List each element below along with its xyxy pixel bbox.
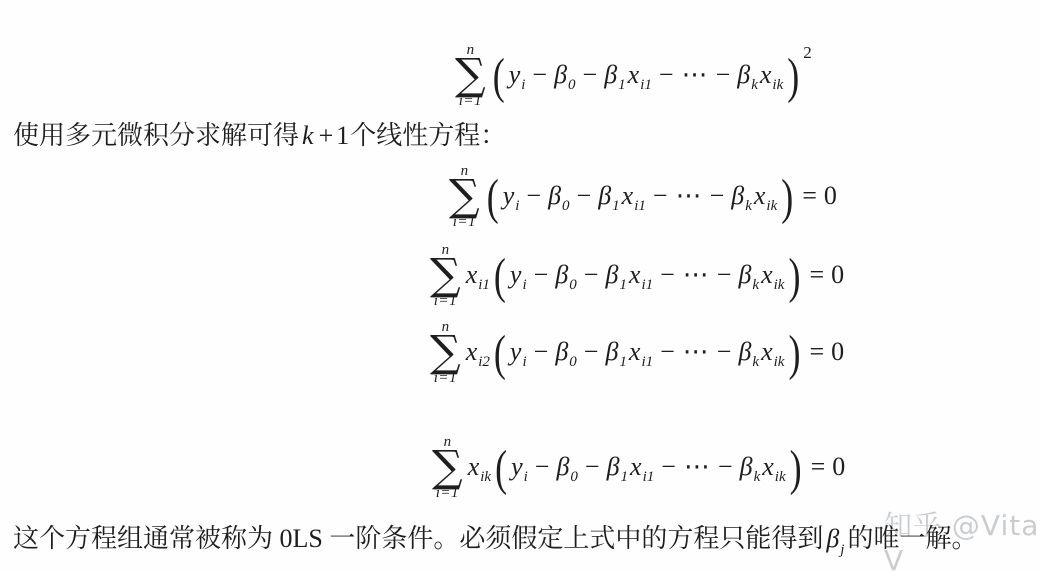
sigma-icon: ∑ — [455, 57, 486, 95]
summation-symbol: n∑i=1 — [430, 243, 461, 310]
subscript: k — [752, 277, 759, 293]
math-variable: β1 — [607, 452, 628, 481]
math-variable: yi — [509, 60, 526, 89]
equation-foc-xk: n∑i=1xik(yi−β0−β1xi1−⋯−βkxik)=0 — [432, 430, 846, 506]
math-variable: xi1 — [466, 260, 490, 289]
math-variable: xi1 — [622, 181, 646, 210]
document-page: 知乎 @Vita V n∑i=1(yi−β0−β1xi1−⋯−βkxik)2 使… — [0, 0, 1042, 572]
text-segment: 这个方程组通常被称为 0LS 一阶条件。必须假定上式中的方程只能得到 — [13, 524, 823, 553]
subscript: j — [840, 542, 844, 558]
math-operator: − — [534, 337, 549, 366]
subscript: i1 — [634, 198, 646, 214]
math-operator: − — [659, 60, 674, 89]
subscript: i1 — [641, 354, 653, 370]
parenthesis: ( — [494, 251, 506, 301]
math-variable: xik — [761, 260, 784, 289]
math-variable: β0 — [555, 337, 576, 366]
parenthesis: ) — [788, 328, 800, 378]
subscript: i — [521, 77, 525, 93]
math-variable: βj — [826, 524, 844, 553]
math-operator: − — [710, 181, 725, 210]
math-operator: − — [717, 337, 732, 366]
sum-lower-limit: i=1 — [434, 294, 457, 309]
math-operator: = — [809, 337, 824, 366]
math-variable: xik — [762, 452, 785, 481]
equation-foc-intercept: n∑i=1(yi−β0−β1xi1−⋯−βkxik)=0 — [449, 159, 838, 235]
subscript: i1 — [478, 277, 490, 293]
subscript: 0 — [569, 277, 577, 293]
math-operator: − — [660, 337, 675, 366]
math-variable: xik — [760, 60, 783, 89]
parenthesis: ) — [788, 251, 800, 301]
math-variable: xi1 — [629, 260, 653, 289]
math-variable: yi — [503, 181, 520, 210]
subscript: 0 — [570, 469, 578, 485]
math-variable: xik — [468, 452, 491, 481]
math-operator: − — [717, 260, 732, 289]
parenthesis: ( — [495, 443, 507, 493]
subscript: i1 — [643, 469, 655, 485]
parenthesis: ( — [487, 172, 499, 222]
sum-lower-limit: i=1 — [436, 486, 459, 501]
sigma-icon: ∑ — [430, 257, 461, 295]
subscript: ik — [774, 277, 785, 293]
subscript: k — [745, 198, 752, 214]
parenthesis: ) — [781, 172, 793, 222]
math-number: 0 — [824, 181, 837, 210]
sigma-icon: ∑ — [430, 334, 461, 372]
subscript: 1 — [619, 354, 627, 370]
subscript: ik — [772, 77, 783, 93]
subscript: i — [515, 198, 519, 214]
math-number: 0 — [831, 260, 844, 289]
text-segment: 个线性方程： — [350, 121, 506, 150]
math-variable: yi — [511, 452, 528, 481]
ellipsis-symbol: ⋯ — [683, 260, 709, 290]
subscript: k — [754, 469, 761, 485]
subscript: i2 — [478, 354, 490, 370]
math-variable: β1 — [605, 337, 626, 366]
math-variable: β1 — [605, 260, 626, 289]
subscript: i — [522, 277, 526, 293]
math-operator: − — [532, 60, 547, 89]
equation-foc-x1: n∑i=1xi1(yi−β0−β1xi1−⋯−βkxik)=0 — [430, 238, 845, 314]
math-run: (yi−β0−β1xi1−⋯−βkxik)=0 — [484, 179, 838, 215]
parenthesis: ( — [493, 51, 505, 101]
subscript: i1 — [640, 77, 652, 93]
math-run: xi1(yi−β0−β1xi1−⋯−βkxik)=0 — [465, 258, 845, 294]
text-segment: 的唯一解。 — [847, 524, 977, 553]
math-variable: β0 — [554, 60, 575, 89]
math-variable: xik — [754, 181, 777, 210]
ellipsis-symbol: ⋯ — [683, 337, 709, 367]
math-number: 0 — [831, 337, 844, 366]
math-operator: − — [526, 181, 541, 210]
math-variable: yi — [510, 260, 527, 289]
sigma-icon: ∑ — [432, 449, 463, 487]
exponent: 2 — [803, 43, 812, 63]
ellipsis-symbol: ⋯ — [682, 60, 708, 90]
subscript: 1 — [621, 469, 629, 485]
summation-symbol: n∑i=1 — [449, 164, 480, 231]
math-run: xi2(yi−β0−β1xi1−⋯−βkxik)=0 — [465, 335, 845, 371]
subscript: 1 — [619, 277, 627, 293]
ellipsis-symbol: ⋯ — [676, 181, 702, 211]
subscript: 0 — [568, 77, 576, 93]
intro-text: 使用多元微积分求解可得k+1个线性方程： — [13, 118, 506, 154]
math-number: 0 — [832, 452, 845, 481]
math-operator: − — [584, 337, 599, 366]
sum-lower-limit: i=1 — [459, 94, 482, 109]
equation-ssr-objective: n∑i=1(yi−β0−β1xi1−⋯−βkxik)2 — [455, 38, 812, 114]
subscript: 1 — [618, 77, 626, 93]
math-variable: xi1 — [630, 452, 654, 481]
summation-symbol: n∑i=1 — [455, 43, 486, 110]
sigma-icon: ∑ — [449, 178, 480, 216]
math-variable: βk — [738, 260, 759, 289]
subscript: 0 — [562, 198, 570, 214]
subscript: k — [751, 77, 758, 93]
summation-symbol: n∑i=1 — [430, 320, 461, 387]
math-variable: βk — [731, 181, 752, 210]
math-run: xik(yi−β0−β1xi1−⋯−βkxik)=0 — [467, 450, 847, 486]
subscript: k — [752, 354, 759, 370]
math-operator: − — [534, 260, 549, 289]
math-run: 这个方程组通常被称为 0LS 一阶条件。必须假定上式中的方程只能得到βj的唯一解… — [13, 523, 977, 559]
footer-text: 这个方程组通常被称为 0LS 一阶条件。必须假定上式中的方程只能得到βj的唯一解… — [13, 521, 977, 559]
text-segment: 使用多元微积分求解可得 — [13, 121, 299, 150]
math-variable: xi2 — [466, 337, 490, 366]
math-operator: − — [653, 181, 668, 210]
subscript: 0 — [569, 354, 577, 370]
math-variable: k — [302, 121, 314, 150]
math-operator: + — [319, 121, 334, 150]
math-operator: − — [583, 60, 598, 89]
parenthesis: ) — [790, 443, 802, 493]
math-operator: − — [660, 260, 675, 289]
math-variable: β1 — [598, 181, 619, 210]
math-variable: βk — [740, 452, 761, 481]
math-variable: xi1 — [629, 337, 653, 366]
ellipsis-symbol: ⋯ — [684, 452, 710, 482]
summation-symbol: n∑i=1 — [432, 435, 463, 502]
math-variable: yi — [510, 337, 527, 366]
sum-lower-limit: i=1 — [434, 371, 457, 386]
math-run: (yi−β0−β1xi1−⋯−βkxik) — [490, 58, 803, 94]
subscript: i1 — [641, 277, 653, 293]
math-variable: β0 — [556, 452, 577, 481]
math-variable: β0 — [548, 181, 569, 210]
math-operator: = — [811, 452, 826, 481]
math-run: 使用多元微积分求解可得k+1个线性方程： — [13, 120, 506, 151]
math-operator: = — [802, 181, 817, 210]
math-operator: − — [661, 452, 676, 481]
math-number: 1 — [336, 121, 349, 150]
subscript: i — [522, 354, 526, 370]
math-variable: βk — [738, 337, 759, 366]
math-operator: − — [535, 452, 550, 481]
math-variable: xik — [761, 337, 784, 366]
math-operator: − — [718, 452, 733, 481]
subscript: i — [524, 469, 528, 485]
parenthesis: ) — [787, 51, 799, 101]
subscript: ik — [766, 198, 777, 214]
equation-foc-x2: n∑i=1xi2(yi−β0−β1xi1−⋯−βkxik)=0 — [430, 315, 845, 391]
math-operator: − — [577, 181, 592, 210]
math-variable: β0 — [555, 260, 576, 289]
subscript: ik — [775, 469, 786, 485]
math-variable: β1 — [604, 60, 625, 89]
math-operator: − — [585, 452, 600, 481]
subscript: 1 — [612, 198, 620, 214]
math-operator: − — [584, 260, 599, 289]
sum-lower-limit: i=1 — [453, 215, 476, 230]
math-operator: − — [716, 60, 731, 89]
math-variable: βk — [737, 60, 758, 89]
subscript: ik — [480, 469, 491, 485]
math-variable: xi1 — [628, 60, 652, 89]
subscript: ik — [774, 354, 785, 370]
parenthesis: ( — [494, 328, 506, 378]
math-operator: = — [809, 260, 824, 289]
